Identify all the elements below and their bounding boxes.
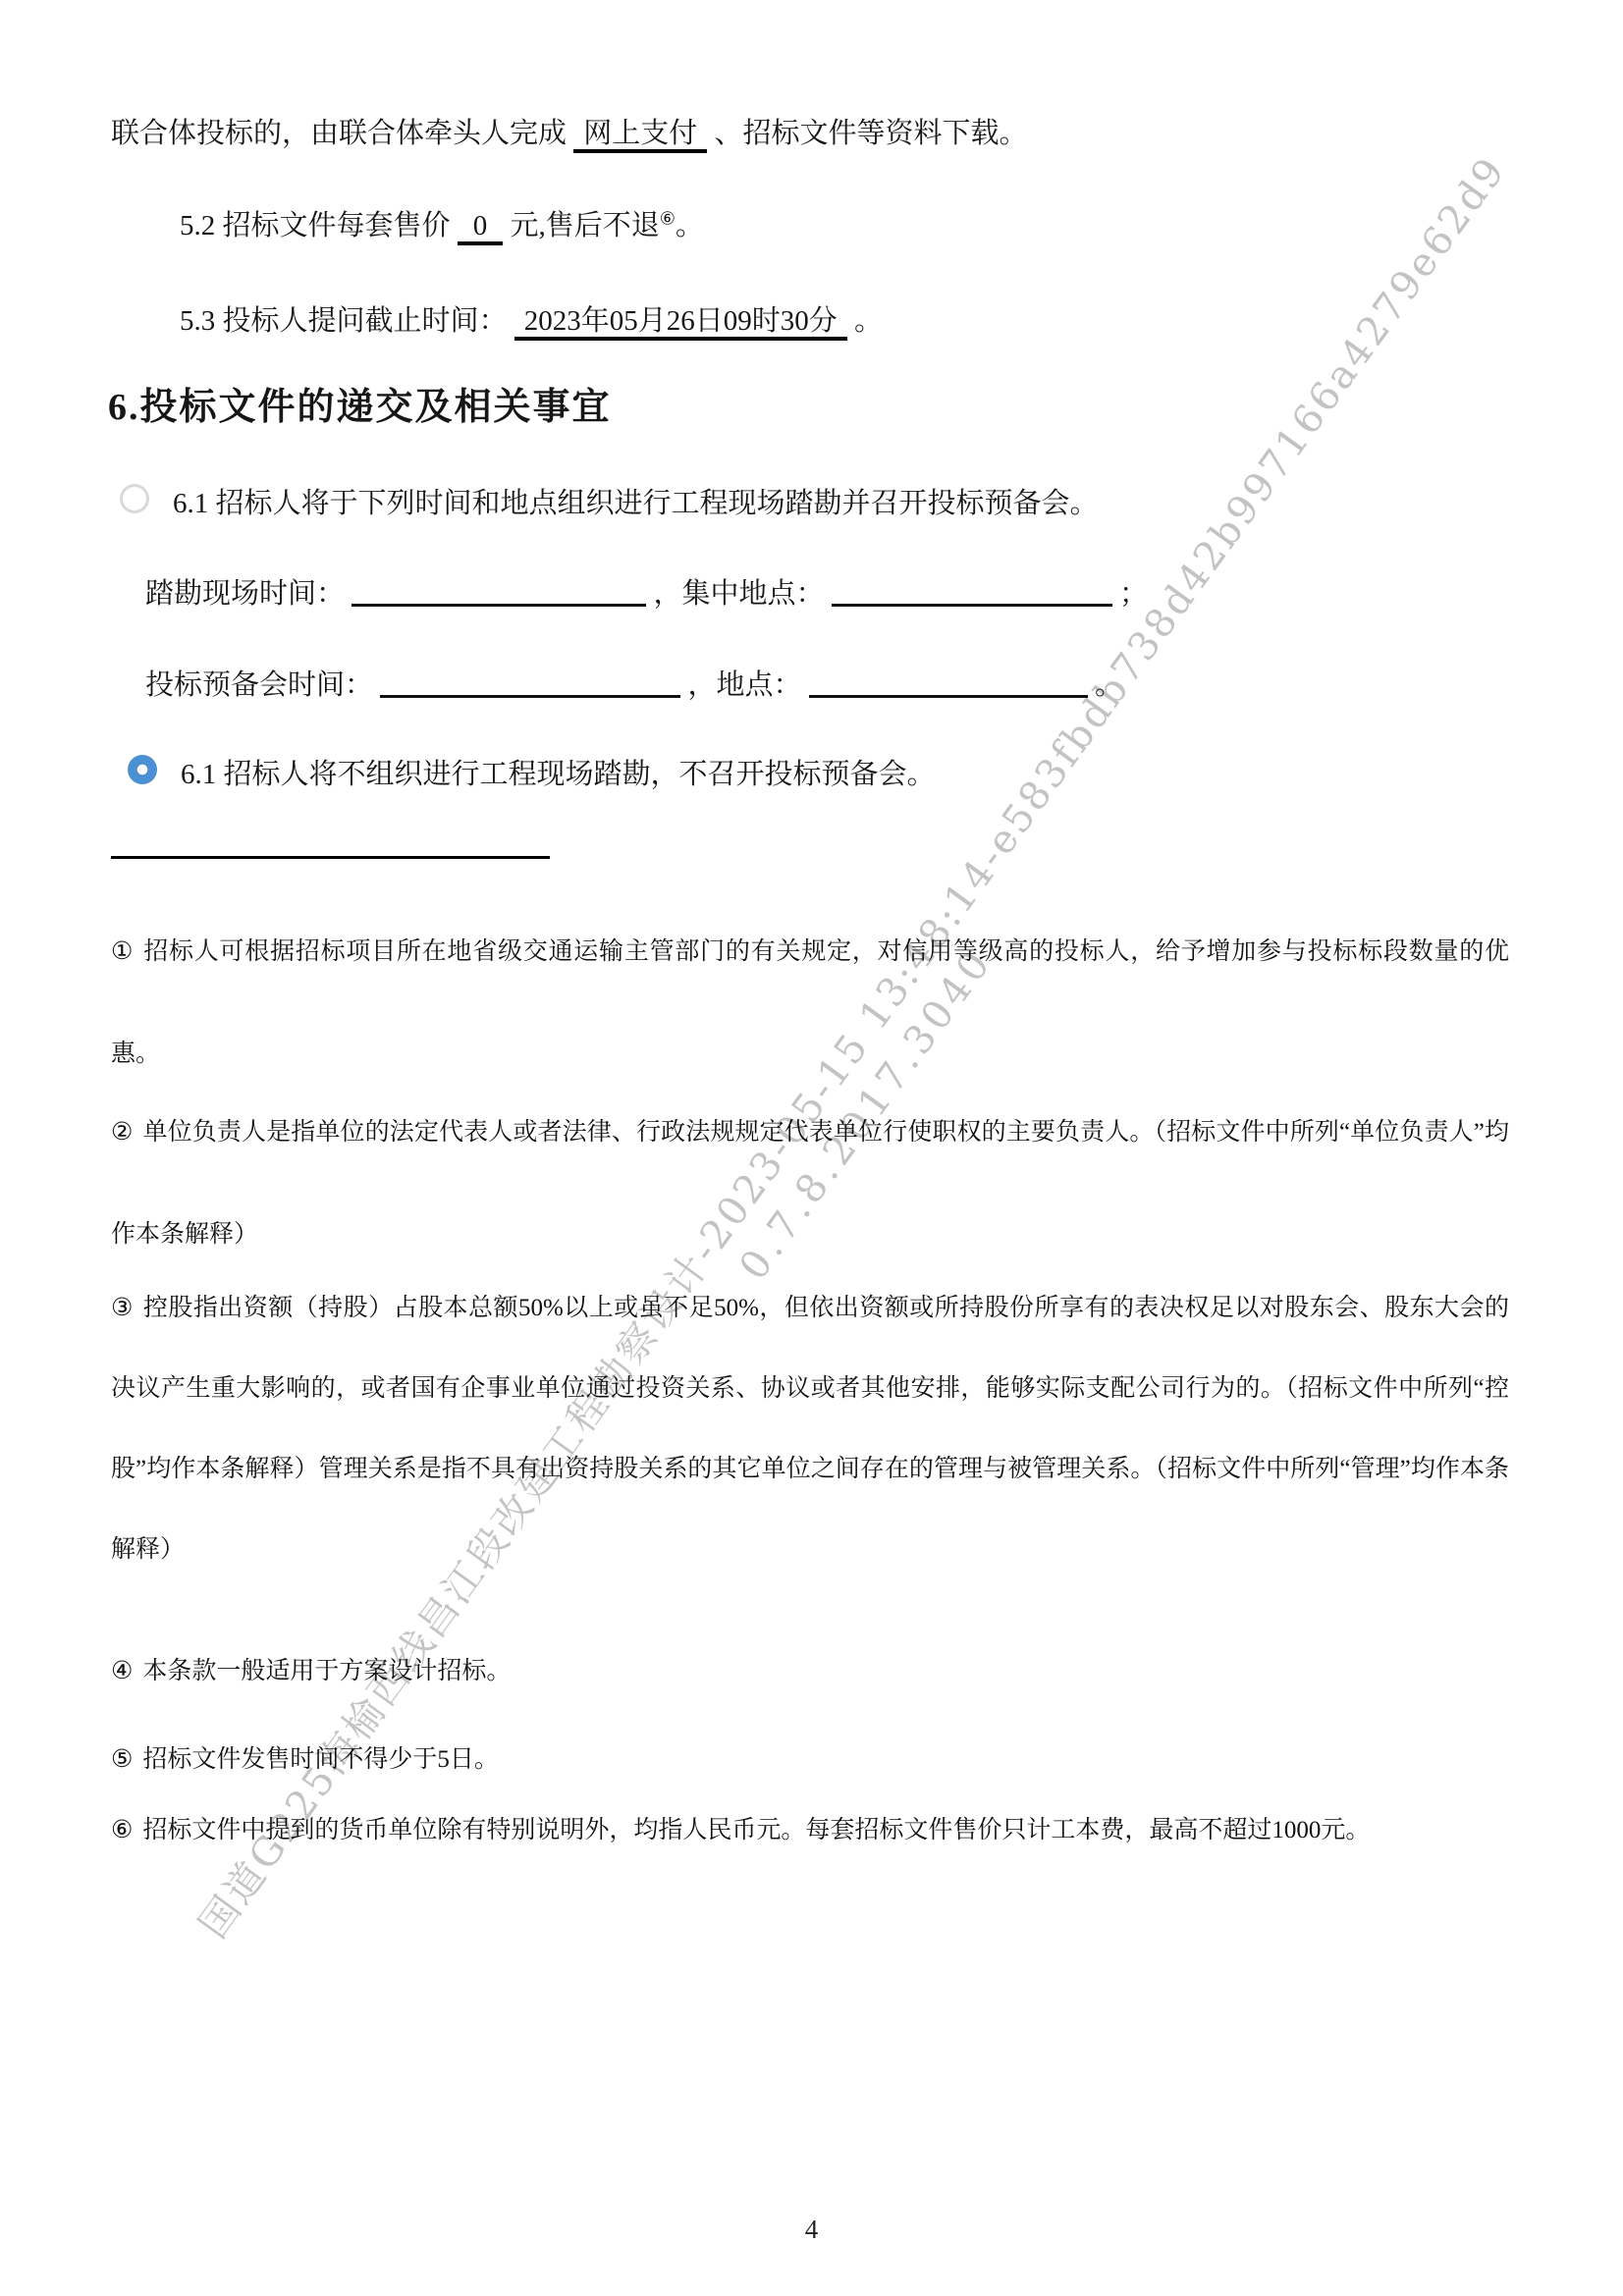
option-no-site-visit-label: 6.1 招标人将不组织进行工程现场踏勘，不召开投标预备会。 <box>181 752 936 792</box>
site-visit-time-blank <box>352 574 646 607</box>
gather-place-blank <box>832 574 1112 607</box>
clause-5-2-period: 。 <box>676 210 704 241</box>
footnote-2: ②单位负责人是指单位的法定代表人或者法律、行政法规规定代表单位行使职权的主要负责… <box>111 1082 1509 1286</box>
joint-bid-paragraph: 联合体投标的，由联合体牵头人完成 网上支付 、招标文件等资料下载。 <box>111 116 1028 151</box>
footnote-4-marker: ④ <box>111 1658 133 1684</box>
pre-bid-blank-line: 投标预备会时间： ，地点： 。 <box>145 666 1123 703</box>
radio-button-site-visit-unselected[interactable] <box>120 484 149 513</box>
footnote-6: ⑥招标文件中提到的货币单位除有特别说明外，均指人民币元。每套招标文件售价只计工本… <box>111 1790 1509 1871</box>
joint-bid-text: 联合体投标的，由联合体牵头人完成 <box>111 118 567 149</box>
footnote-6-marker: ⑥ <box>111 1817 133 1843</box>
clause-5-2: 5.2 招标文件每套售价 0 元,售后不退⑥。 <box>180 208 704 243</box>
site-visit-line-end: ； <box>1119 578 1148 610</box>
footnote-2-text: 单位负责人是指单位的法定代表人或者法律、行政法规规定代表单位行使职权的主要负责人… <box>111 1119 1509 1248</box>
clause-5-3: 5.3 投标人提问截止时间： 2023年05月26日09时30分 。 <box>180 303 883 339</box>
footnote-3: ③控股指出资额（持股）占股本总额50%以上或虽不足50%，但依出资额或所持股份所… <box>111 1268 1509 1590</box>
gather-place-label: ，集中地点： <box>654 578 825 610</box>
joint-bid-text-tail: 、招标文件等资料下载。 <box>715 118 1028 149</box>
footnote-5-marker: ⑤ <box>111 1746 133 1773</box>
site-visit-blank-line: 踏勘现场时间： ，集中地点： ； <box>145 574 1148 612</box>
site-visit-time-label: 踏勘现场时间： <box>145 578 345 610</box>
clause-5-3-text: 5.3 投标人提问截止时间： <box>180 305 508 337</box>
pre-bid-time-label: 投标预备会时间： <box>145 669 373 701</box>
footnote-1-marker: ① <box>111 938 134 965</box>
content-layer: 联合体投标的，由联合体牵头人完成 网上支付 、招标文件等资料下载。 5.2 招标… <box>0 0 1623 2296</box>
option-row-site-visit: 6.1 招标人将于下列时间和地点组织进行工程现场踏勘并召开投标预备会。 <box>120 481 1099 521</box>
radio-button-no-site-visit-selected[interactable] <box>128 755 157 784</box>
footnote-6-text: 招标文件中提到的货币单位除有特别说明外，均指人民币元。每套招标文件售价只计工本费… <box>142 1817 1370 1843</box>
pre-bid-time-blank <box>380 666 680 698</box>
payment-method-filled-blank: 网上支付 <box>573 118 707 153</box>
footnote-5: ⑤招标文件发售时间不得少于5日。 <box>111 1720 1509 1800</box>
clause-5-2-text: 5.2 招标文件每套售价 <box>180 210 451 241</box>
option-site-visit-label: 6.1 招标人将于下列时间和地点组织进行工程现场踏勘并召开投标预备会。 <box>173 481 1099 521</box>
document-page: 国道G225海榆西线昌江段改建工程勘察设计-2023-05-15 13:48:1… <box>0 0 1623 2296</box>
footnote-3-text: 控股指出资额（持股）占股本总额50%以上或虽不足50%，但依出资额或所持股份所享… <box>111 1295 1509 1563</box>
section-6-title: 6.投标文件的递交及相关事宜 <box>108 376 612 430</box>
footnote-2-marker: ② <box>111 1119 134 1146</box>
price-filled-blank: 0 <box>458 210 504 245</box>
pre-bid-place-label: ，地点： <box>688 669 802 701</box>
pre-bid-line-end: 。 <box>1095 669 1123 701</box>
footnote-4-text: 本条款一般适用于方案设计招标。 <box>142 1658 511 1684</box>
page-number: 4 <box>0 2215 1623 2245</box>
footnote-separator-line <box>111 856 550 859</box>
clause-5-2-tail: 元,售后不退 <box>511 210 660 241</box>
footnote-4: ④本条款一般适用于方案设计招标。 <box>111 1631 1509 1712</box>
pre-bid-place-blank <box>809 666 1088 698</box>
footnote-3-marker: ③ <box>111 1295 134 1321</box>
question-deadline-filled-blank: 2023年05月26日09时30分 <box>514 305 847 341</box>
footnote-1-text: 招标人可根据招标项目所在地省级交通运输主管部门的有关规定，对信用等级高的投标人，… <box>111 938 1509 1067</box>
clause-5-3-period: 。 <box>854 305 883 337</box>
footnote-1: ①招标人可根据招标项目所在地省级交通运输主管部门的有关规定，对信用等级高的投标人… <box>111 901 1509 1105</box>
option-row-no-site-visit: 6.1 招标人将不组织进行工程现场踏勘，不召开投标预备会。 <box>128 752 936 792</box>
footnote-6-reference: ⑥ <box>660 208 676 228</box>
footnote-5-text: 招标文件发售时间不得少于5日。 <box>142 1746 499 1773</box>
